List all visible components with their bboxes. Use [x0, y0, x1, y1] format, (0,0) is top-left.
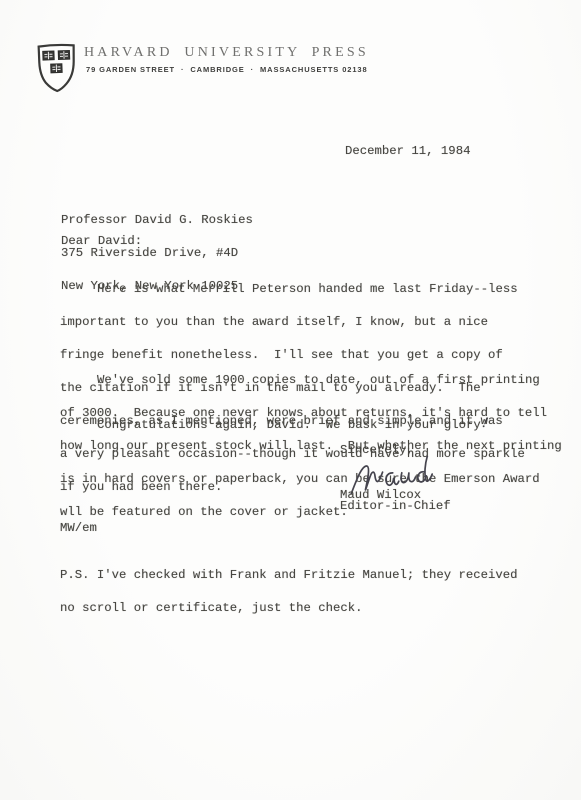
publisher-name: HARVARD UNIVERSITY PRESS	[84, 45, 369, 61]
body-line: Here is what Merrill Peterson handed me …	[60, 284, 525, 295]
postscript-block: P.S. I've checked with Frank and Fritzie…	[60, 548, 518, 636]
body-line: wll be featured on the cover or jacket.	[60, 507, 562, 518]
body-line: important to you than the award itself, …	[60, 317, 525, 328]
valediction: Sincerely,	[340, 445, 414, 456]
salutation: Dear David:	[61, 236, 142, 247]
body-line: is in hard covers or paperback, you can …	[60, 474, 562, 485]
signer-title: Editor-in-Chief	[340, 501, 451, 512]
harvard-crest-icon	[35, 42, 79, 98]
body-line: how long our present stock will last. Bu…	[60, 441, 562, 452]
typist-reference-initials: MW/em	[60, 523, 97, 534]
congratulations-line: Congratulations again, David. We bask in…	[97, 419, 487, 431]
postscript-line: P.S. I've checked with Frank and Fritzie…	[60, 570, 518, 581]
congratulations-text: Congratulations again, David. We bask in…	[97, 418, 481, 432]
body-line: We've sold some 1900 copies to date, out…	[60, 375, 562, 386]
publisher-address-line: 79 GARDEN STREET · CAMBRIDGE · MASSACHUS…	[86, 65, 368, 74]
recipient-line: 375 Riverside Drive, #4D	[61, 248, 253, 259]
body-paragraph-2: We've sold some 1900 copies to date, out…	[60, 353, 562, 540]
letter-date: December 11, 1984	[345, 146, 470, 157]
postscript-line: no scroll or certificate, just the check…	[60, 603, 518, 614]
recipient-line: Professor David G. Roskies	[61, 215, 253, 226]
scanned-letter-page: HARVARD UNIVERSITY PRESS 79 GARDEN STREE…	[0, 0, 581, 800]
